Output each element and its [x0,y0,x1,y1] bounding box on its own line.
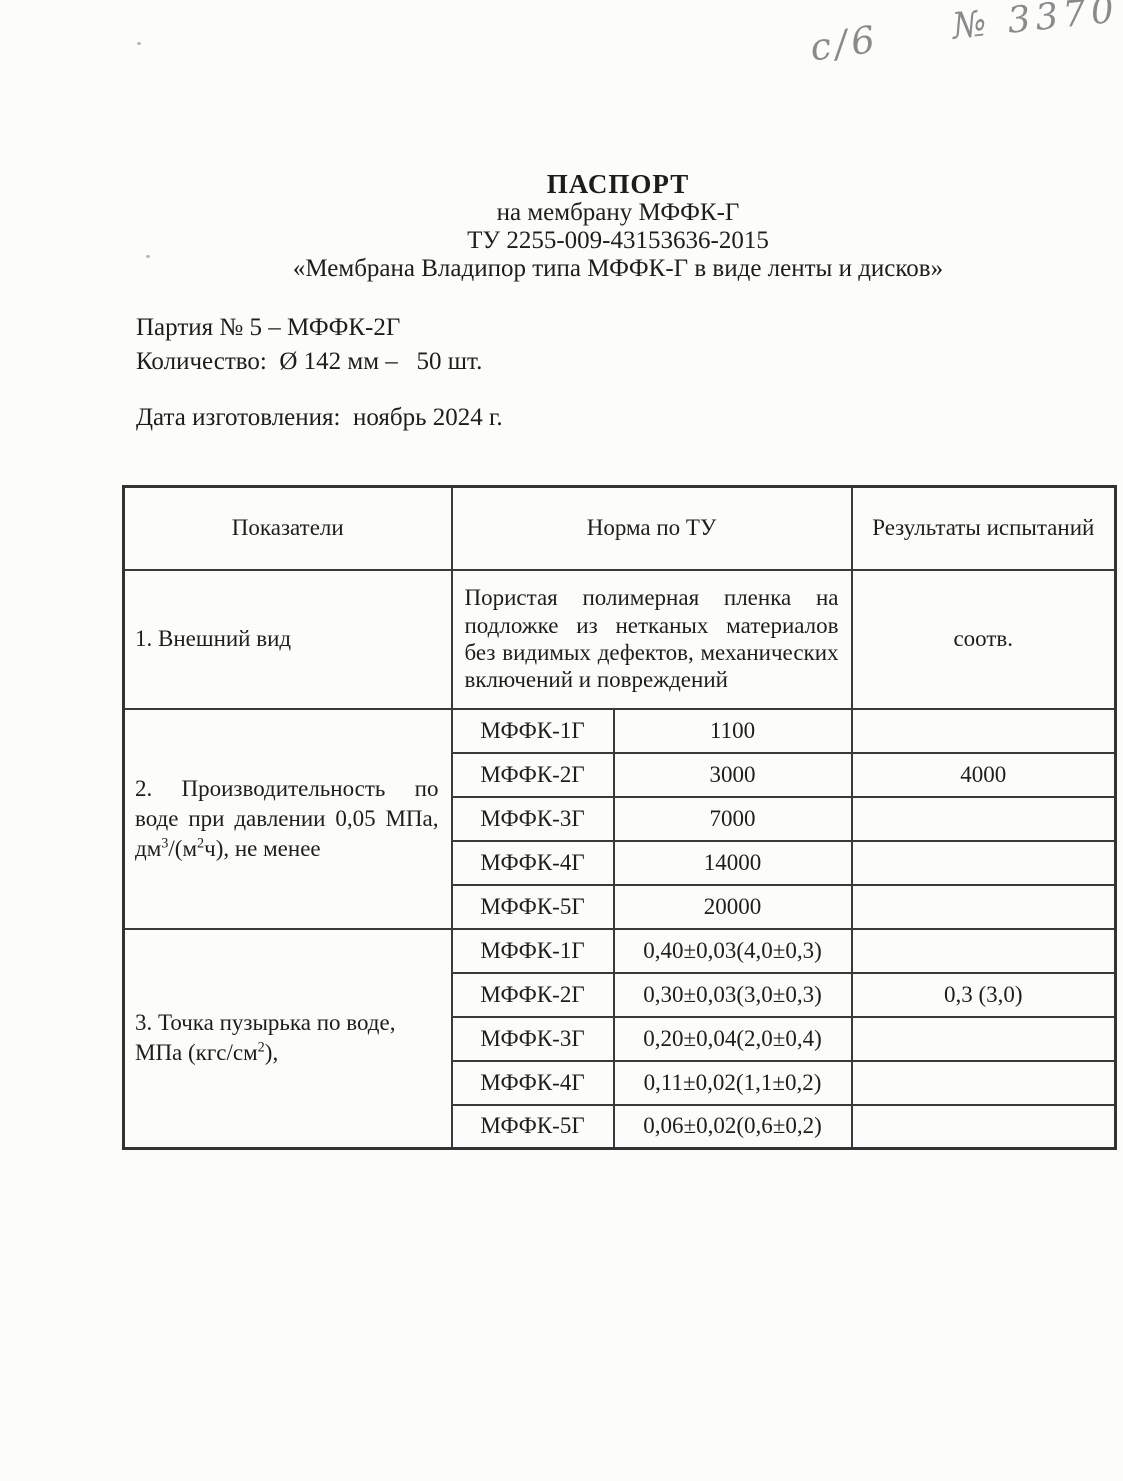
column-header-norm: Норма по ТУ [452,487,852,570]
membrane-type: МФФК-5Г [452,1105,614,1149]
norm-value: 0,11±0,02(1,1±0,2) [614,1061,852,1105]
result-value [852,929,1116,973]
membrane-type: МФФК-1Г [452,709,614,753]
appearance-row: 1. Внешний вид Пористая полимерная пленк… [124,570,1116,709]
appearance-indicator: 1. Внешний вид [124,570,452,709]
batch-info-block: Партия № 5 – МФФК-2Г Количество: Ø 142 м… [136,311,503,435]
appearance-result: соотв. [852,570,1116,709]
result-value [852,797,1116,841]
result-value [852,1017,1116,1061]
norm-value: 14000 [614,841,852,885]
productivity-indicator: 2. Производительность по воде при давлен… [124,709,452,929]
result-value [852,1061,1116,1105]
productivity-indicator-text: /(м [168,836,197,861]
membrane-type: МФФК-4Г [452,1061,614,1105]
result-value [852,885,1116,929]
column-header-indicators: Показатели [124,487,452,570]
membrane-type: МФФК-5Г [452,885,614,929]
batch-number-line: Партия № 5 – МФФК-2Г [136,311,503,345]
document-header: ПАСПОРТ на мембрану МФФК-Г ТУ 2255-009-4… [122,169,1114,283]
norm-value: 7000 [614,797,852,841]
column-header-results: Результаты испытаний [852,487,1116,570]
norm-value: 0,30±0,03(3,0±0,3) [614,973,852,1017]
bubble-point-indicator-text: ), [265,1040,278,1065]
appearance-norm: Пористая полимерная пленка на подложке и… [452,570,852,709]
manufacture-date-line: Дата изготовления: ноябрь 2024 г. [136,401,503,435]
table-header-row: Показатели Норма по ТУ Результаты испыта… [124,487,1116,570]
scanned-document-page: с/6 № 3370 ПАСПОРТ на мембрану МФФК-Г ТУ… [0,0,1123,1481]
bubble-point-indicator: 3. Точка пузырька по воде, МПа (кгс/см2)… [124,929,452,1149]
norm-value: 3000 [614,753,852,797]
document-title: ПАСПОРТ [122,169,1114,199]
productivity-subrow: 2. Производительность по воде при давлен… [124,709,1116,753]
result-value [852,709,1116,753]
subtitle-product-name: «Мембрана Владипор типа МФФК-Г в виде ле… [122,255,1114,283]
scan-speck [137,42,141,45]
norm-value: 20000 [614,885,852,929]
membrane-type: МФФК-2Г [452,753,614,797]
productivity-indicator-text: ч), не менее [204,836,320,861]
result-value [852,841,1116,885]
membrane-type: МФФК-3Г [452,1017,614,1061]
handwritten-note-left: с/6 [807,17,881,69]
specification-table: Показатели Норма по ТУ Результаты испыта… [122,485,1117,1150]
norm-value: 1100 [614,709,852,753]
result-value: 4000 [852,753,1116,797]
bubble-point-subrow: 3. Точка пузырька по воде, МПа (кгс/см2)… [124,929,1116,973]
result-value [852,1105,1116,1149]
membrane-type: МФФК-3Г [452,797,614,841]
handwritten-note-number: № 3370 [950,0,1121,48]
superscript: 2 [258,1040,265,1056]
subtitle-membrane: на мембрану МФФК-Г [122,199,1114,227]
quantity-line: Количество: Ø 142 мм – 50 шт. [136,345,503,379]
norm-value: 0,20±0,04(2,0±0,4) [614,1017,852,1061]
membrane-type: МФФК-2Г [452,973,614,1017]
norm-value: 0,40±0,03(4,0±0,3) [614,929,852,973]
membrane-type: МФФК-1Г [452,929,614,973]
subtitle-tu-number: ТУ 2255-009-43153636-2015 [122,227,1114,255]
norm-value: 0,06±0,02(0,6±0,2) [614,1105,852,1149]
membrane-type: МФФК-4Г [452,841,614,885]
result-value: 0,3 (3,0) [852,973,1116,1017]
